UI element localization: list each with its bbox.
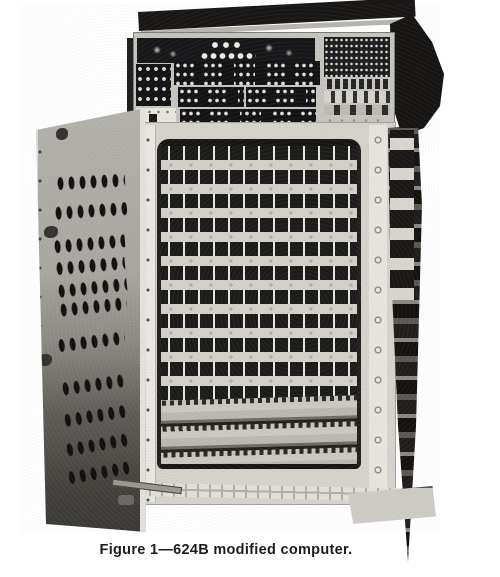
- document-page: Figure 1—624B modified computer.: [0, 0, 500, 577]
- connector-slot-row: [55, 328, 126, 356]
- pushbutton-row-lower: [324, 105, 390, 115]
- door-hinge: [56, 128, 68, 140]
- indicator-light-matrix: [324, 37, 390, 77]
- cabinet-frame: [128, 122, 396, 505]
- indicator-panel-left: [136, 64, 171, 106]
- door-hinge: [44, 226, 58, 238]
- console-side-shadow: [386, 14, 446, 136]
- module-trays: [157, 395, 361, 469]
- console-top-strip: [137, 38, 315, 63]
- indicator-light-row: [324, 79, 390, 89]
- toggle-switch: [149, 114, 157, 122]
- circuit-card-cage: [157, 139, 361, 469]
- right-rack-rail: [369, 125, 387, 502]
- indicator-panel-mid-right: [246, 87, 316, 107]
- pushbutton-row-upper: [324, 91, 390, 103]
- left-door: [30, 108, 147, 532]
- indicator-lights-cluster-bottom: [200, 51, 256, 61]
- connector-slot-row: [54, 168, 125, 196]
- door-hinge: [38, 354, 52, 366]
- indicator-lights-cluster-top: [210, 41, 242, 50]
- connector-slot-row: [52, 198, 127, 223]
- control-console: [133, 32, 395, 124]
- right-door-connectors: [390, 130, 414, 300]
- connector-slot-row: [59, 370, 127, 401]
- computer-photograph: [0, 0, 500, 535]
- figure-caption: Figure 1—624B modified computer.: [0, 542, 452, 558]
- indicator-panel-mid-left: [178, 87, 244, 107]
- indicator-panel-upper: [174, 61, 320, 85]
- door-latch-hardware: [118, 495, 134, 505]
